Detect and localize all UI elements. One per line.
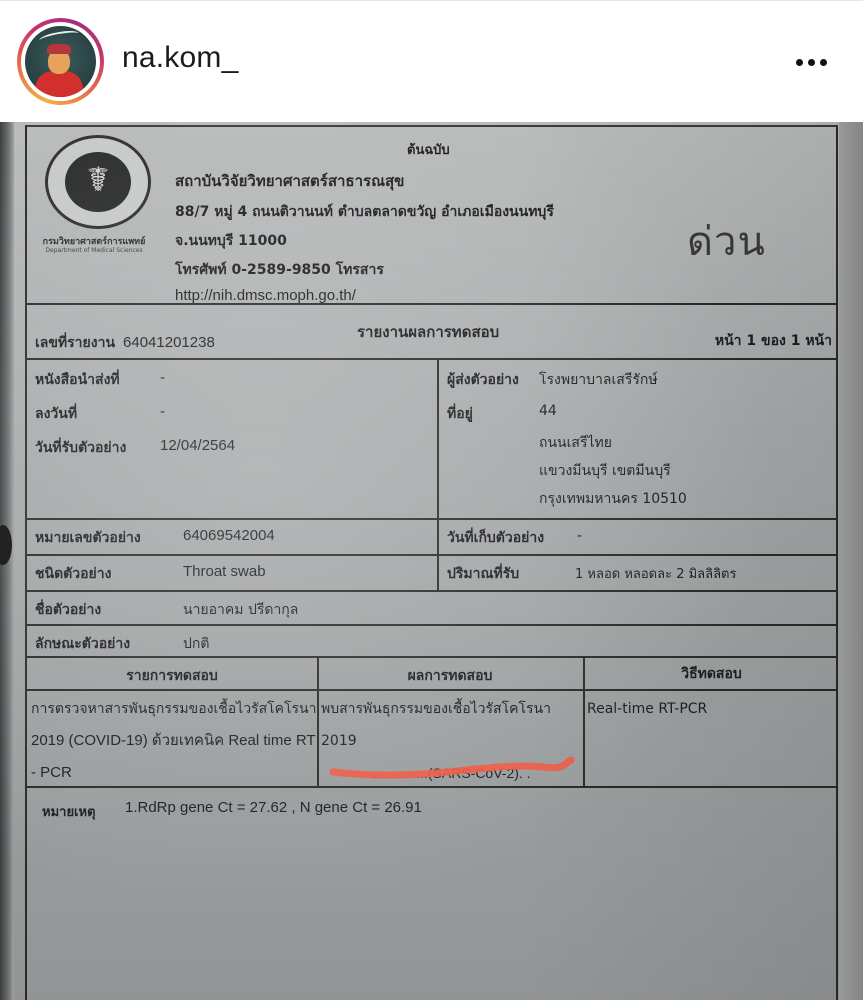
field-value: -	[160, 369, 165, 386]
website: http://nih.dmsc.moph.go.th/	[175, 287, 356, 304]
address-line: 44	[539, 403, 557, 419]
seal-inner: ☤	[65, 152, 131, 212]
field-quantity: ปริมาณที่รับ 1 หลอด หลอดละ 2 มิลลิลิตร	[447, 563, 519, 585]
field-label: วันที่รับตัวอย่าง	[35, 440, 126, 456]
report-title: รายงานผลการทดสอบ	[357, 320, 499, 344]
field-label: ลงวันที่	[35, 406, 77, 422]
address-line-2: จ.นนทบุรี 11000	[175, 230, 287, 252]
avatar-scribble	[38, 29, 79, 46]
field-value: 64069542004	[183, 527, 275, 544]
original-copy-label: ต้นฉบับ	[407, 139, 450, 160]
urgent-stamp: ด่วน	[687, 209, 766, 273]
field-received-date: วันที่รับตัวอย่าง 12/04/2564	[35, 437, 126, 459]
avatar-image	[25, 26, 96, 97]
department-name-en: Department of Medical Sciences	[31, 247, 157, 254]
department-name-th: กรมวิทยาศาสตร์การแพทย์	[31, 234, 157, 248]
test-item-line: - PCR	[31, 757, 317, 789]
address-line: แขวงมีนบุรี เขตมีนบุรี	[539, 460, 671, 482]
more-horizontal-icon	[796, 59, 803, 66]
field-sample-number: หมายเลขตัวอย่าง 64069542004	[35, 527, 141, 549]
field-label: ปริมาณที่รับ	[447, 566, 519, 582]
photo-right-edge	[839, 122, 863, 1000]
remark-value: 1.RdRp gene Ct = 27.62 , N gene Ct = 26.…	[125, 799, 422, 816]
field-collect-date: วันที่เก็บตัวอย่าง -	[447, 527, 544, 549]
page-info: หน้า 1 ของ 1 หน้า	[715, 330, 832, 352]
test-report-document: ☤ กรมวิทยาศาสตร์การแพทย์ Department of M…	[25, 125, 838, 1000]
field-value: โรงพยาบาลเสรีรักษ์	[539, 369, 658, 391]
report-number: เลขที่รายงาน64041201238	[35, 332, 215, 354]
field-label: ลักษณะตัวอย่าง	[35, 636, 130, 652]
test-item-line: 2019 (COVID-19) ด้วยเทคนิค Real time RT	[31, 725, 317, 757]
institute-name: สถาบันวิจัยวิทยาศาสตร์สาธารณสุข	[175, 169, 404, 193]
post-photo[interactable]: ☤ กรมวิทยาศาสตร์การแพทย์ Department of M…	[0, 122, 863, 1000]
avatar-jacket	[35, 71, 83, 97]
field-label: ชื่อตัวอย่าง	[35, 602, 101, 618]
ministry-seal-icon: ☤	[45, 135, 151, 229]
header-test-method: วิธีทดสอบ	[583, 663, 840, 685]
test-item-cell: การตรวจหาสารพันธุกรรมของเชื้อไวรัสโคโรนา…	[31, 693, 317, 789]
field-sample-type: ชนิดตัวอย่าง Throat swab	[35, 563, 111, 585]
more-options-button[interactable]	[789, 49, 833, 75]
field-value: ปกติ	[183, 633, 209, 655]
field-sender: ผู้ส่งตัวอย่าง โรงพยาบาลเสรีรักษ์	[447, 369, 519, 391]
divider	[27, 358, 836, 360]
field-value: Throat swab	[183, 563, 266, 580]
divider	[27, 786, 836, 788]
red-highlight-underline	[327, 752, 577, 782]
field-value: นายอาคม ปรีดากุล	[183, 599, 298, 621]
more-horizontal-icon	[808, 59, 815, 66]
field-value: -	[577, 527, 582, 544]
address-line: กรุงเทพมหานคร 10510	[539, 488, 687, 510]
field-address: ที่อยู่	[447, 403, 473, 425]
field-label: หมายเลขตัวอย่าง	[35, 530, 141, 546]
divider	[27, 590, 836, 592]
divider	[27, 656, 836, 658]
field-value: -	[160, 403, 165, 420]
remark-label: หมายเหตุ	[42, 801, 96, 822]
header-test-result: ผลการทดสอบ	[317, 665, 583, 687]
divider	[27, 554, 836, 556]
header-test-item: รายการทดสอบ	[27, 665, 317, 687]
profile-avatar[interactable]	[17, 18, 104, 105]
divider	[437, 358, 439, 518]
divider	[27, 303, 836, 305]
report-number-label: เลขที่รายงาน	[35, 335, 115, 351]
field-sample-name: ชื่อตัวอย่าง นายอาคม ปรีดากุล	[35, 599, 101, 621]
field-letter-no: หนังสือนำส่งที่ -	[35, 369, 120, 391]
field-label: ที่อยู่	[447, 406, 473, 422]
field-label: ผู้ส่งตัวอย่าง	[447, 372, 519, 388]
field-letter-date: ลงวันที่ -	[35, 403, 77, 425]
field-value: 12/04/2564	[160, 437, 235, 454]
field-value: 1 หลอด หลอดละ 2 มิลลิลิตร	[575, 563, 736, 584]
test-result-line: พบสารพันธุกรรมของเชื้อไวรัสโคโรนา 2019	[321, 693, 583, 757]
report-number-value: 64041201238	[123, 334, 215, 351]
divider	[27, 624, 836, 626]
address-line-1: 88/7 หมู่ 4 ถนนติวานนท์ ตำบลตลาดขวัญ อำเ…	[175, 201, 554, 223]
post-header: na.kom_	[0, 0, 863, 122]
divider	[27, 518, 836, 520]
test-method-cell: Real-time RT-PCR	[587, 693, 837, 725]
caduceus-icon: ☤	[87, 160, 110, 200]
field-sample-condition: ลักษณะตัวอย่าง ปกติ	[35, 633, 130, 655]
field-label: ชนิดตัวอย่าง	[35, 566, 111, 582]
field-label: วันที่เก็บตัวอย่าง	[447, 530, 544, 546]
more-horizontal-icon	[820, 59, 827, 66]
test-item-line: การตรวจหาสารพันธุกรรมของเชื้อไวรัสโคโรนา	[31, 693, 317, 725]
avatar-gap	[21, 22, 100, 101]
avatar-hat	[47, 44, 71, 54]
divider	[27, 689, 836, 691]
username-link[interactable]: na.kom_	[122, 41, 238, 75]
field-label: หนังสือนำส่งที่	[35, 372, 120, 388]
phone-fax: โทรศัพท์ 0-2589-9850 โทรสาร	[175, 259, 384, 281]
address-line: ถนนเสรีไทย	[539, 432, 612, 454]
